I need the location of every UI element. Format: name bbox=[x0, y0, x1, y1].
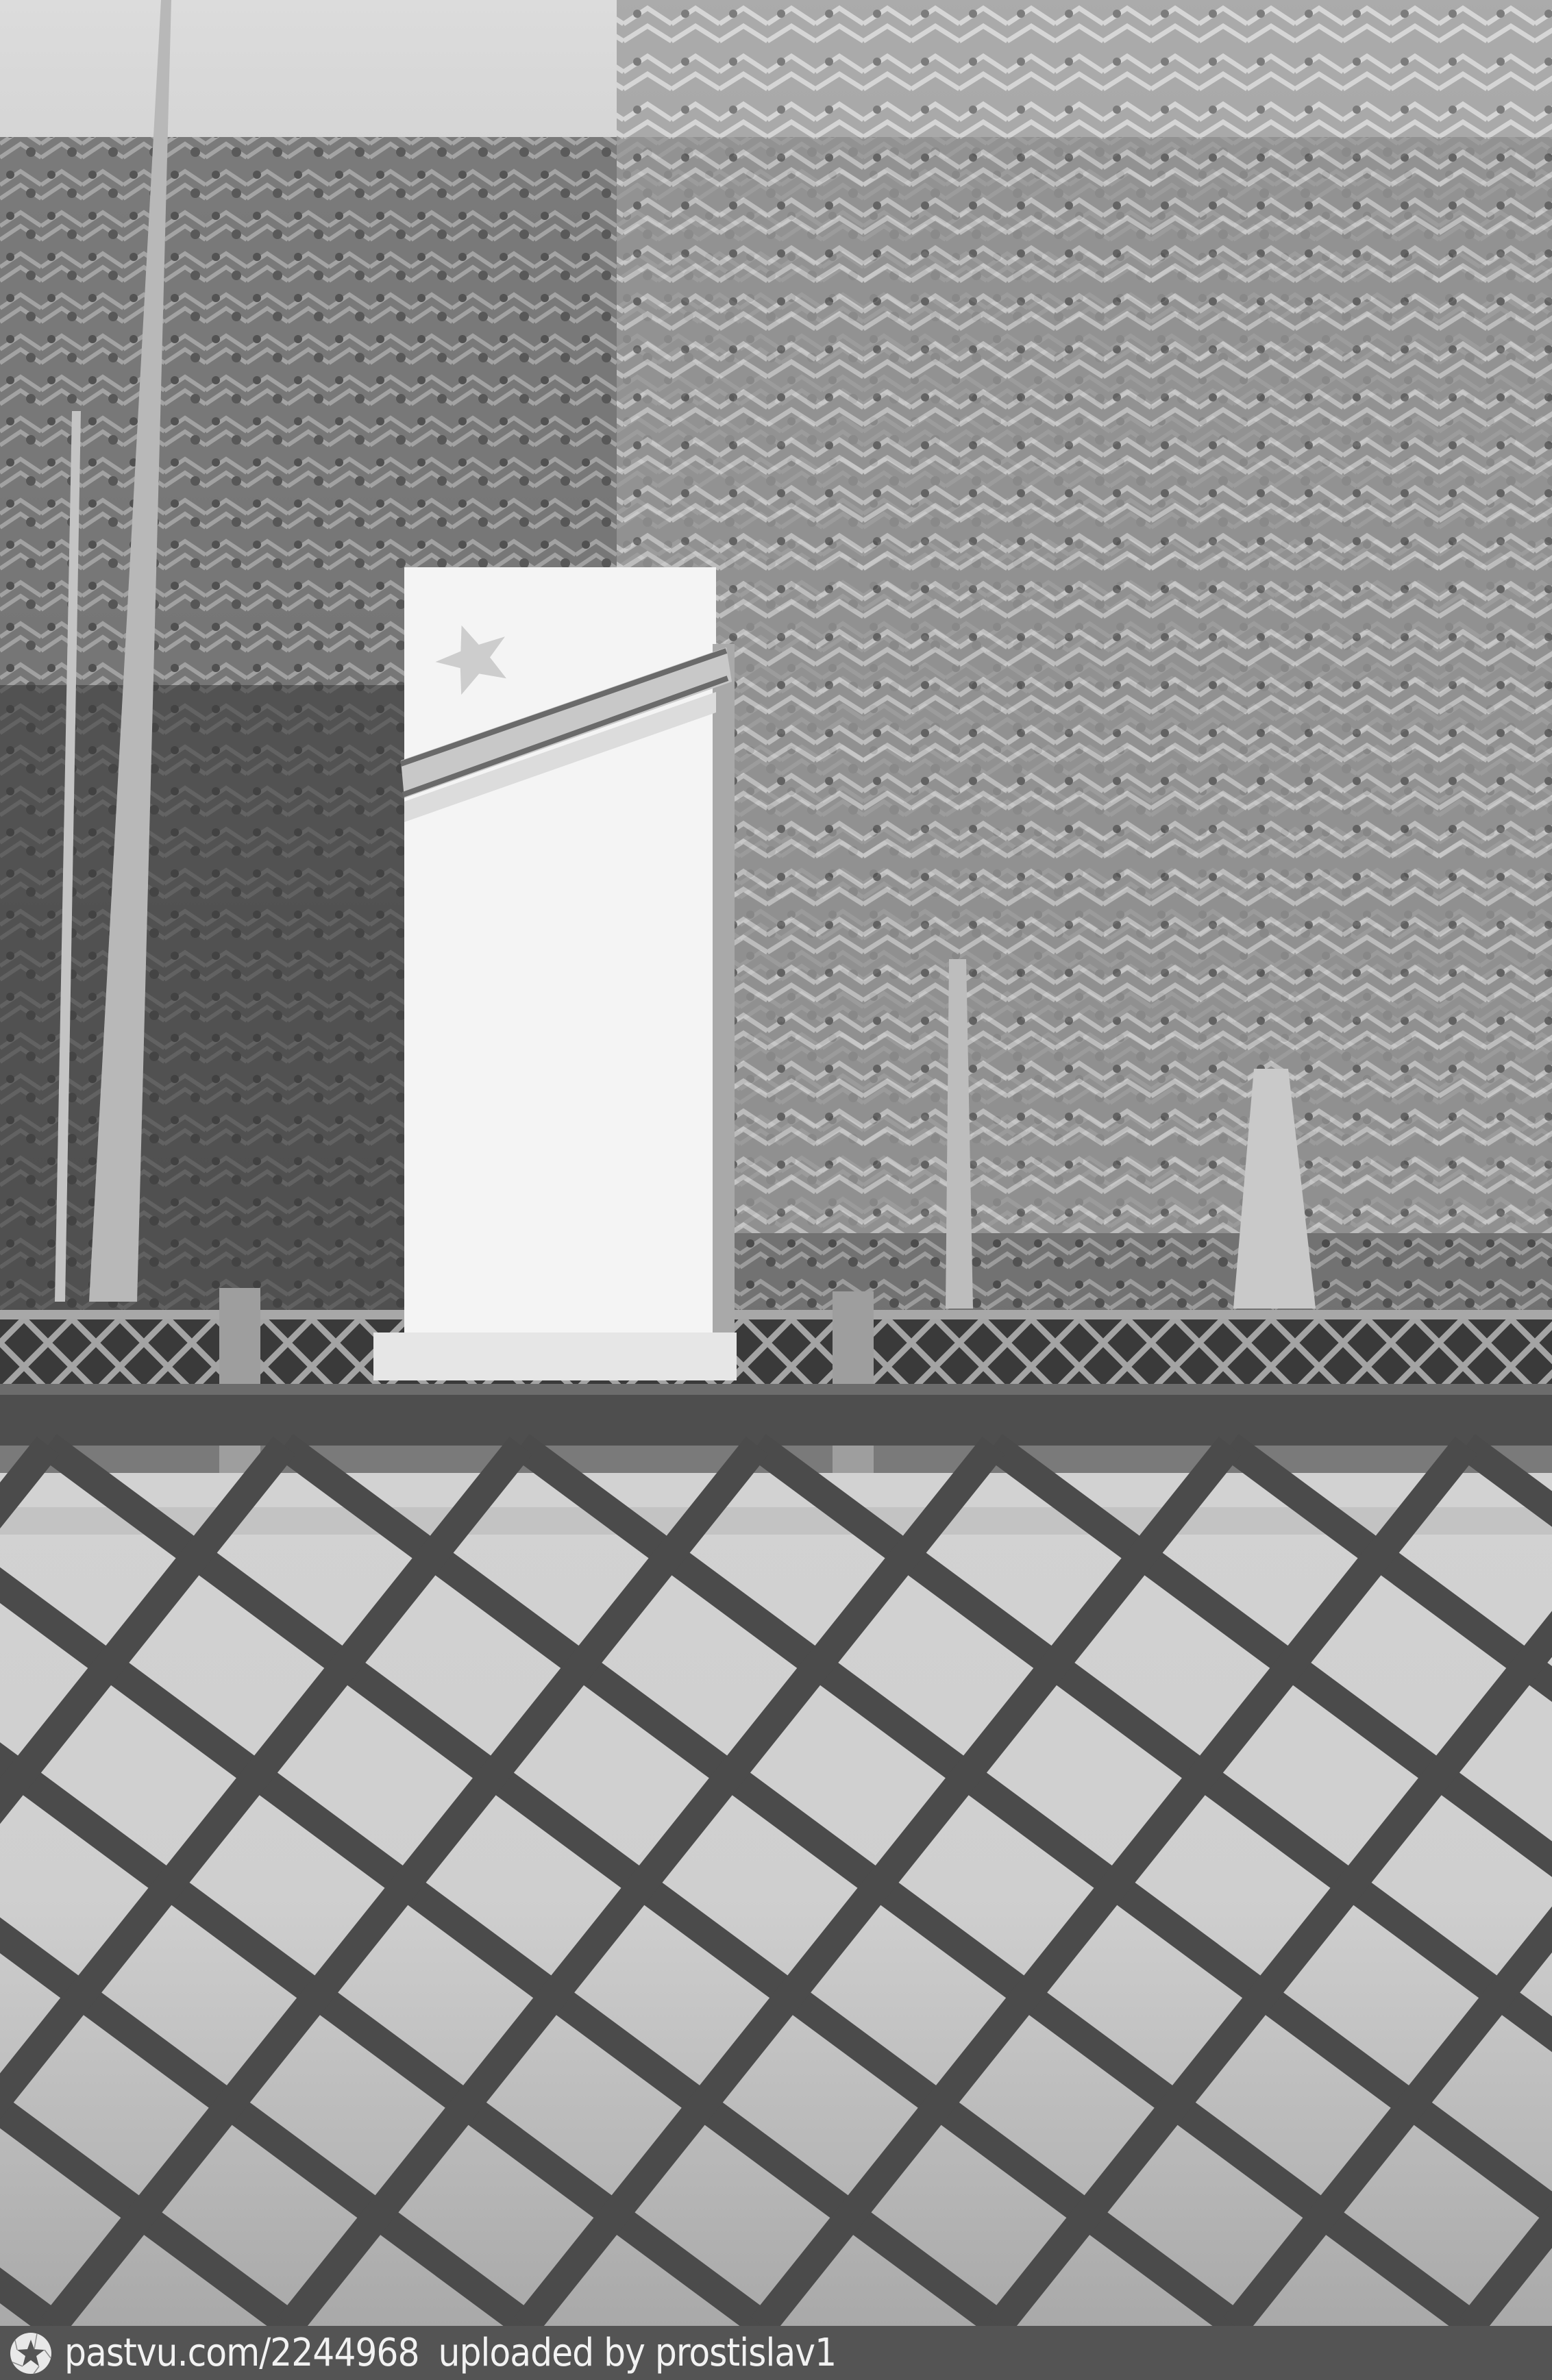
photo-scene bbox=[0, 0, 1552, 2326]
watermark-uploader: uploaded by prostislav1 bbox=[439, 2326, 837, 2380]
pastvu-logo-icon bbox=[10, 2332, 52, 2375]
watermark-url: pastvu.com/2244968 bbox=[64, 2326, 419, 2380]
photograph bbox=[0, 0, 1552, 2326]
watermark-bar: pastvu.com/2244968 uploaded by prostisla… bbox=[0, 2326, 1552, 2380]
memorial-obelisk bbox=[373, 567, 737, 1380]
